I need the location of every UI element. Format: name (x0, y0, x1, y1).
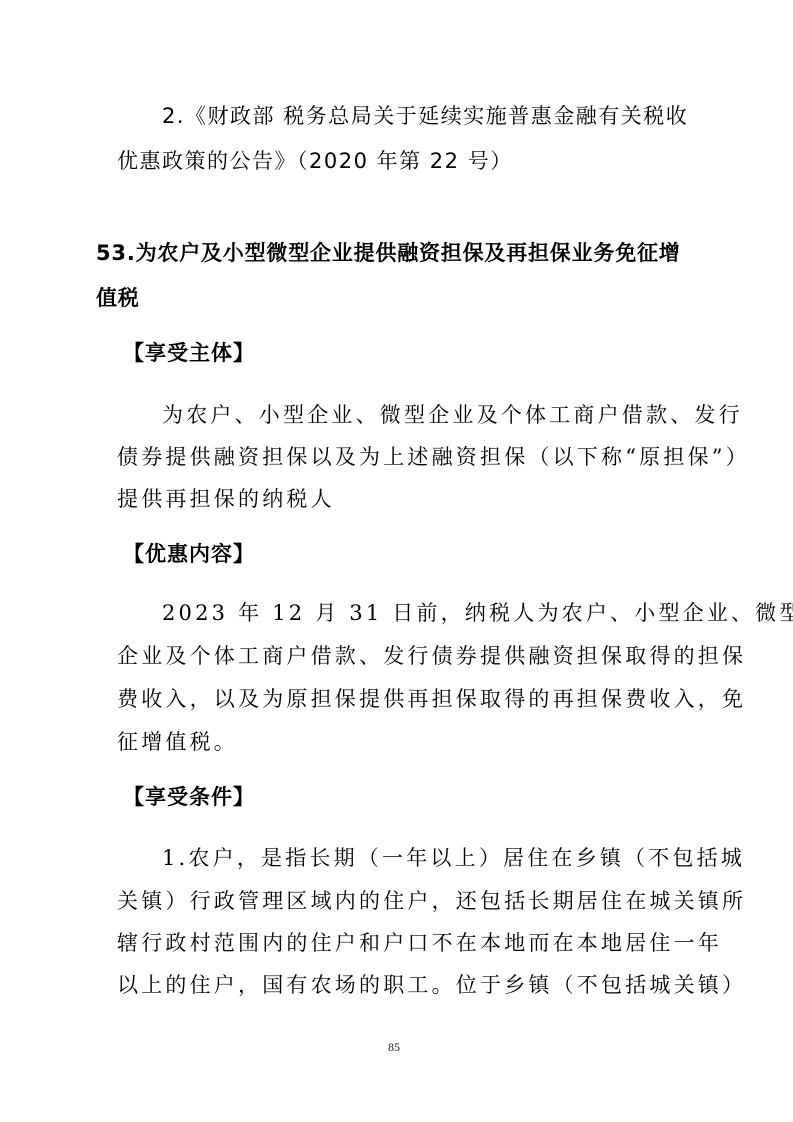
beneficiary-line-1: 为农户、小型企业、微型企业及个体工商户借款、发行 (162, 402, 743, 428)
conditions-line-1: 1.农户，是指长期（一年以上）居住在乡镇（不包括城 (162, 845, 745, 871)
beneficiary-line-3: 提供再担保的纳税人 (117, 486, 335, 512)
page-number: 85 (388, 1040, 400, 1054)
section-title-line-1: 53.为农户及小型微型企业提供融资担保及再担保业务免征增 (96, 240, 681, 266)
reference-item-line-1: 2.《财政部 税务总局关于延续实施普惠金融有关税收 (162, 103, 688, 129)
beneficiary-line-2: 债券提供融资担保以及为上述融资担保（以下称“原担保”） (117, 444, 750, 470)
preferential-content-line-1: 2023 年 12 月 31 日前，纳税人为农户、小型企业、微型 (162, 600, 793, 626)
preferential-content-line-2: 企业及个体工商户借款、发行债券提供融资担保取得的担保 (117, 643, 746, 669)
conditions-heading: 【享受条件】 (123, 784, 255, 810)
conditions-line-2: 关镇）行政管理区域内的住户，还包括长期居住在城关镇所 (117, 888, 746, 914)
preferential-content-line-4: 征增值税。 (117, 729, 238, 755)
section-title-line-2: 值税 (96, 285, 140, 311)
document-page: 2.《财政部 税务总局关于延续实施普惠金融有关税收 优惠政策的公告》（2020 … (0, 0, 793, 1122)
reference-item-line-2: 优惠政策的公告》（2020 年第 22 号） (117, 148, 513, 174)
beneficiary-heading: 【享受主体】 (123, 340, 255, 366)
conditions-line-3: 辖行政村范围内的住户和户口不在本地而在本地居住一年 (117, 930, 722, 956)
conditions-line-4: 以上的住户，国有农场的职工。位于乡镇（不包括城关镇） (117, 972, 746, 998)
preferential-content-heading: 【优惠内容】 (123, 541, 255, 567)
preferential-content-line-3: 费收入，以及为原担保提供再担保取得的再担保费收入，免 (117, 686, 746, 712)
